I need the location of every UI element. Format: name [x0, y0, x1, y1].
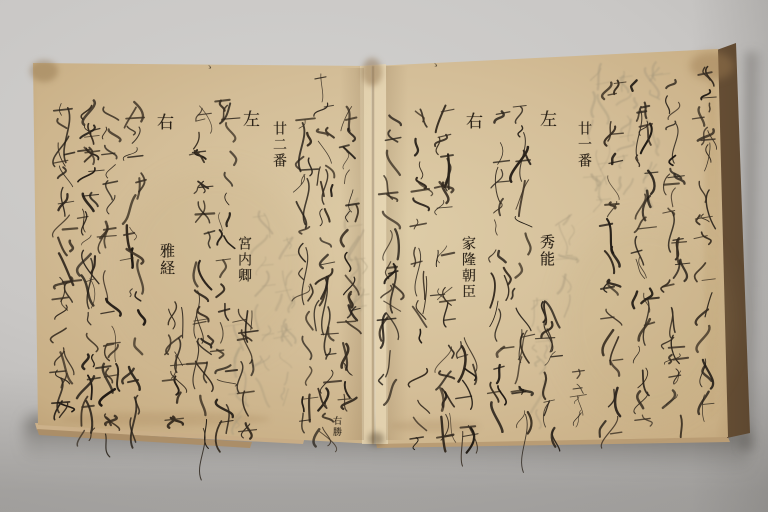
left-poet-name-left-page: 宮内卿 [237, 236, 251, 284]
left-team-header-left-page: 左 [240, 110, 257, 129]
left-poet-name-right-page: 秀能 [539, 234, 554, 268]
tick-mark-right-page: ゝ [429, 60, 438, 71]
round-number-left-page: 廿二番 [272, 121, 286, 169]
left-team-header-right-page: 左 [537, 110, 554, 129]
photo-scene: 廿一番 左 秀能 右 家隆朝臣 ゝ 廿二番 左 宮内卿 右 雅経 右勝 ゝ [0, 0, 768, 512]
right-team-header-right-page: 右 [463, 112, 480, 131]
verdict-note-left-page: 右勝 [331, 416, 340, 438]
round-number-right-page: 廿一番 [577, 121, 591, 169]
right-poet-name-right-page: 家隆朝臣 [461, 236, 475, 300]
tick-mark-left-page: ゝ [203, 62, 212, 73]
right-poet-name-left-page: 雅経 [159, 243, 174, 277]
right-team-header-left-page: 右 [154, 113, 171, 132]
calligraphy-strokes [0, 0, 768, 512]
